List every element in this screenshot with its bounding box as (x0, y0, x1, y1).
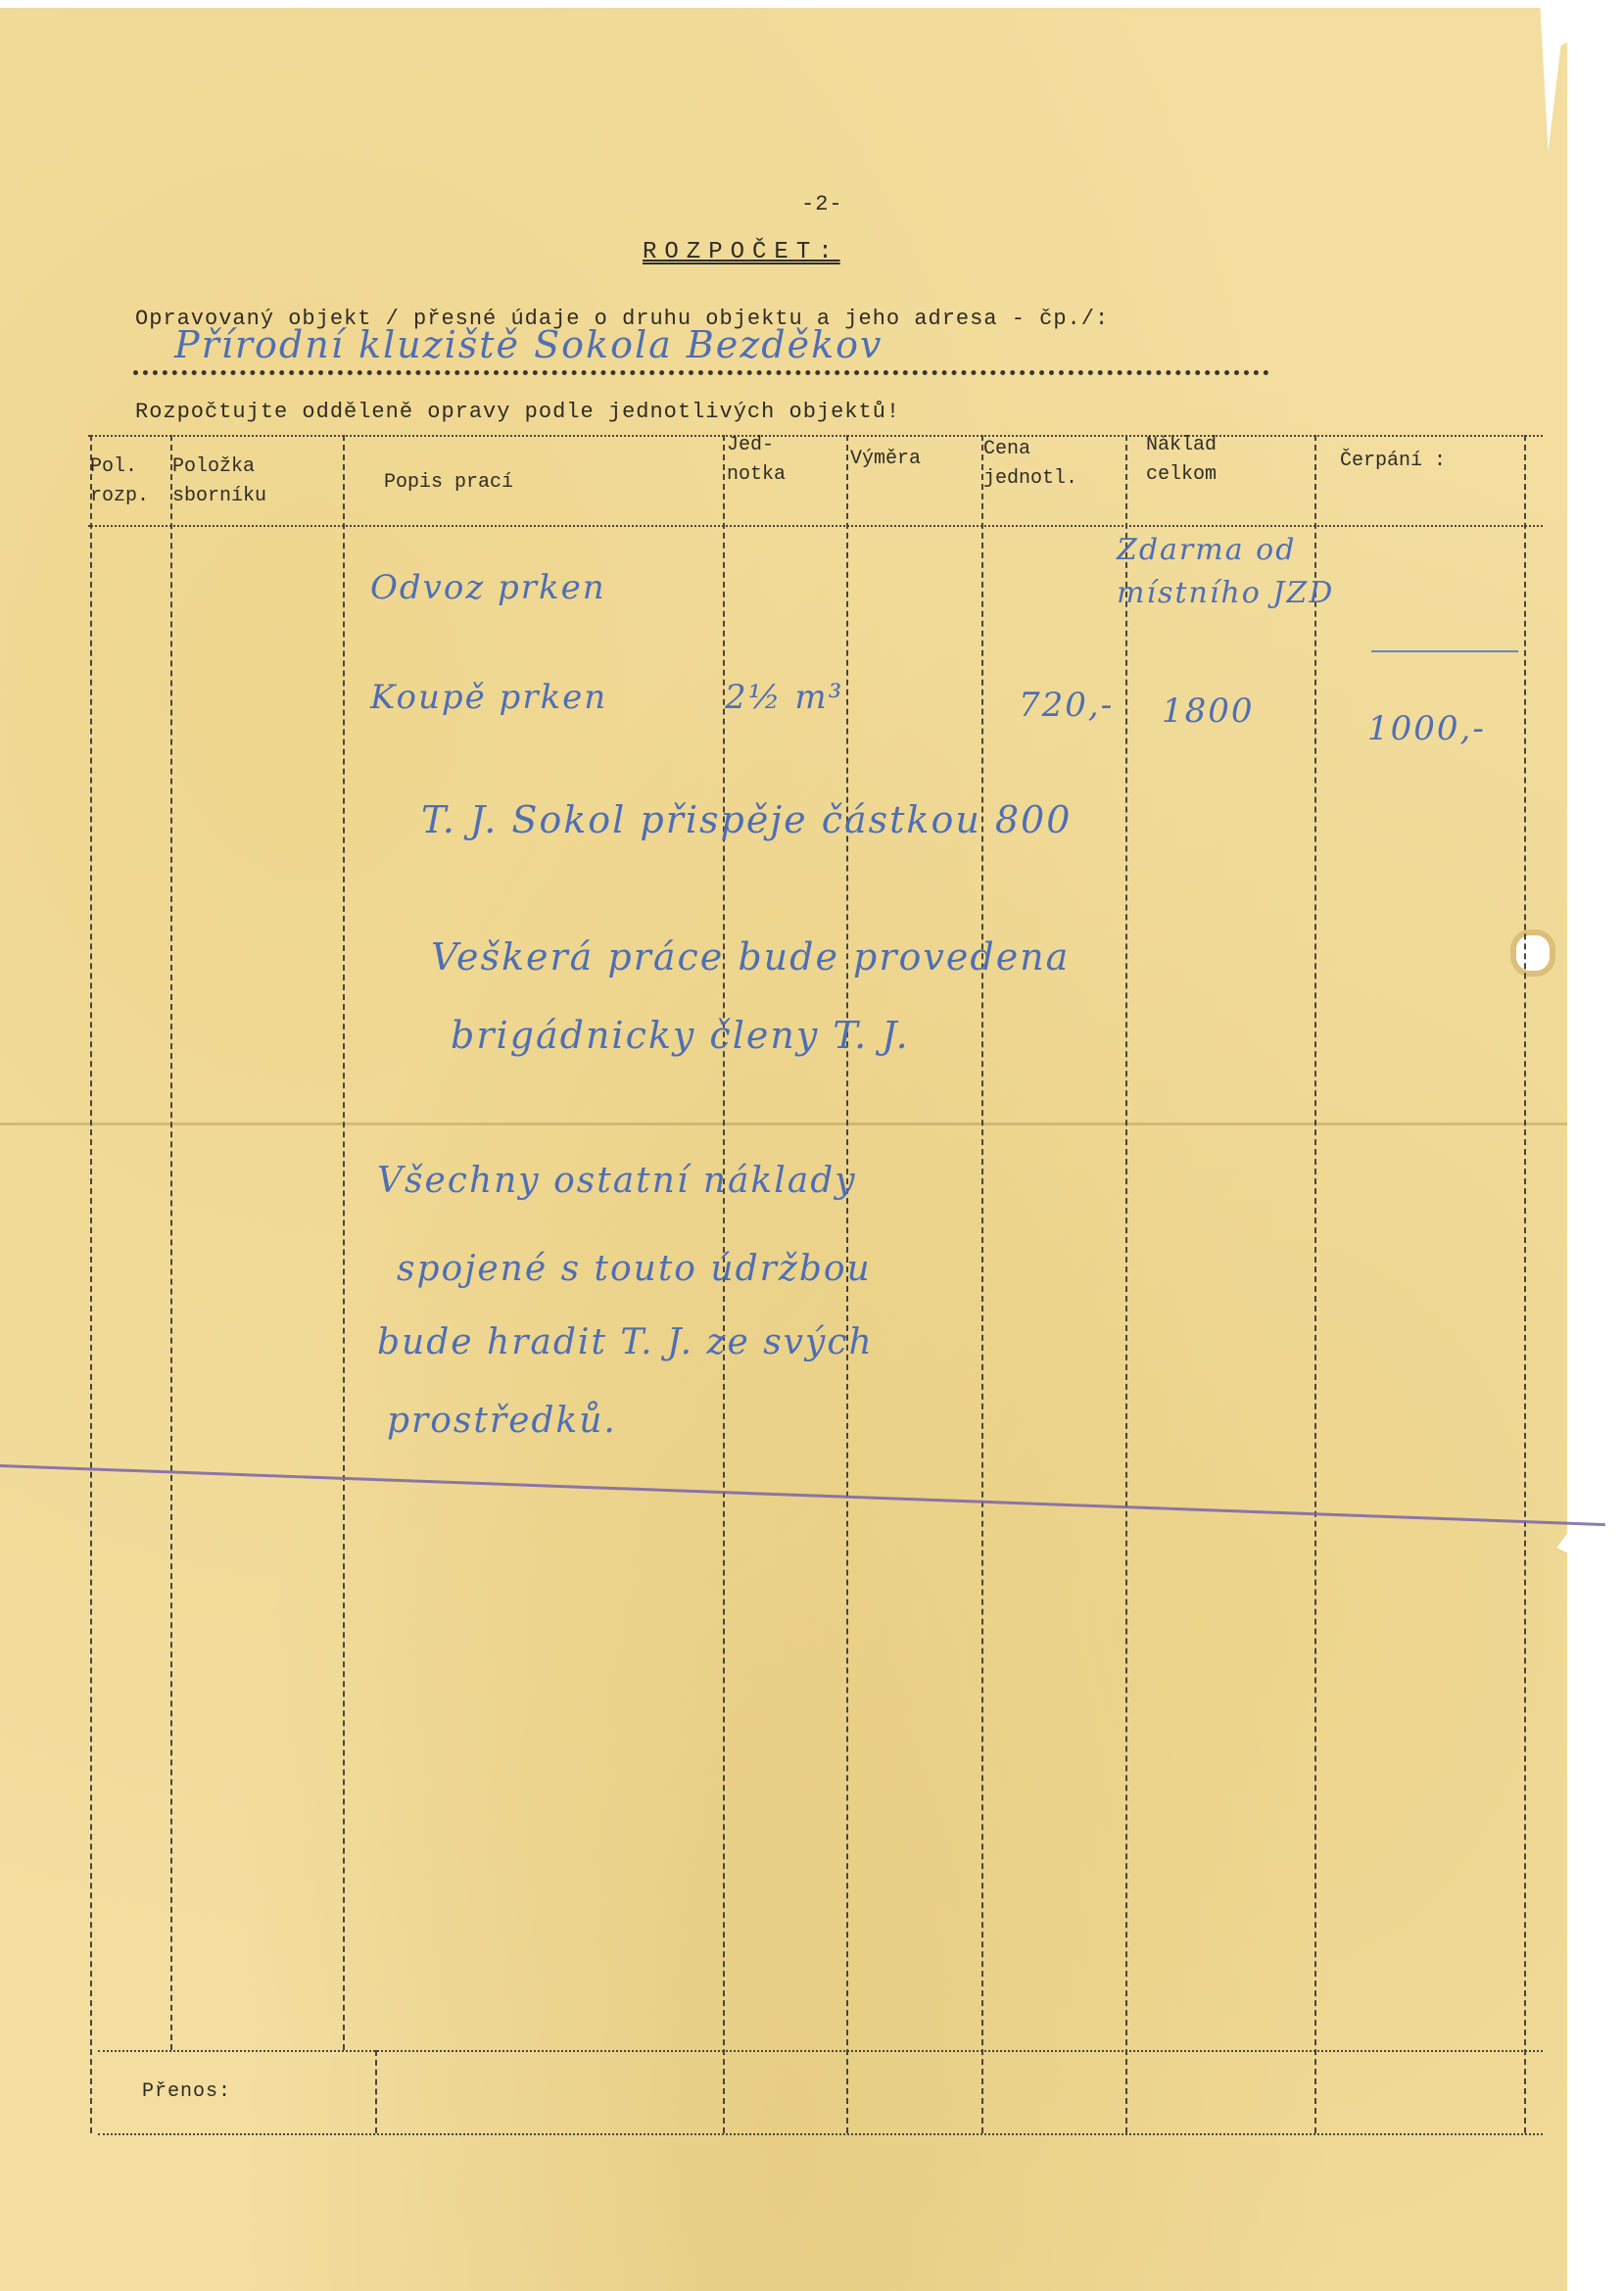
row2-jednotka: 2½ m³ (725, 678, 843, 717)
note-line-4: Všechny ostatní náklady (377, 1161, 857, 1201)
fold-crease (0, 1122, 1567, 1125)
col-divider-5 (981, 435, 983, 2133)
row1-popis: Odvoz prken (370, 568, 606, 607)
note-line-1: T. J. Sokol přispěje částkou 800 (421, 798, 1072, 841)
row2-popis: Koupě prken (370, 678, 607, 717)
col-divider-1 (170, 435, 172, 2050)
punch-hole (1516, 935, 1550, 971)
object-underline (133, 370, 1269, 375)
note-line-5: spojené s touto údržbou (397, 1249, 872, 1289)
col-divider-0 (90, 435, 92, 2133)
note-line-6: bude hradit T. J. ze svých (377, 1322, 874, 1362)
header-cena-jednotl: Cenajednotl. (983, 435, 1077, 494)
header-bottom-border (88, 525, 1543, 527)
col-divider-2 (343, 435, 345, 2050)
header-vymera: Výměra (850, 445, 921, 474)
col-divider-transfer (375, 2050, 377, 2133)
header-jednotka: Jed-notka (727, 431, 786, 490)
header-naklad-celkom: Nákladcelkom (1146, 431, 1217, 490)
header-popis-praci: Popis prací (384, 468, 513, 498)
table-top-border (88, 435, 1543, 437)
row2-cena: 720,- (1019, 686, 1114, 725)
instruction-text: Rozpočtujte odděleně opravy podle jednot… (135, 400, 900, 424)
note-line-7: prostředků. (387, 1401, 617, 1441)
col-divider-6 (1125, 435, 1127, 2133)
note-line-3: brigádnicky členy T. J. (451, 1014, 910, 1057)
page-number: -2- (801, 192, 843, 216)
row1-naklad: Zdarma od místního JZD (1117, 529, 1352, 615)
header-cerpani: Čerpání : (1340, 447, 1446, 476)
row2-naklad: 1800 (1162, 692, 1255, 731)
document-title: ROZPOČET: (643, 239, 840, 265)
object-value: Přírodní kluziště Sokola Bezděkov (174, 323, 883, 366)
header-polozka-sborniku: Položkasborníku (172, 453, 266, 511)
transfer-label: Přenos: (142, 2080, 231, 2103)
row1-cerpani-dash (1371, 650, 1518, 652)
table-bottom-border (98, 2133, 1543, 2135)
right-margin-background (1567, 0, 1624, 2291)
col-divider-7 (1314, 435, 1316, 2133)
header-pol-rozp: Pol.rozp. (90, 453, 149, 511)
col-divider-8 (1524, 435, 1526, 2133)
note-line-2: Veškerá práce bude provedena (431, 935, 1070, 978)
row2-cerpani: 1000,- (1367, 709, 1486, 748)
transfer-row-top-border (98, 2050, 1543, 2052)
